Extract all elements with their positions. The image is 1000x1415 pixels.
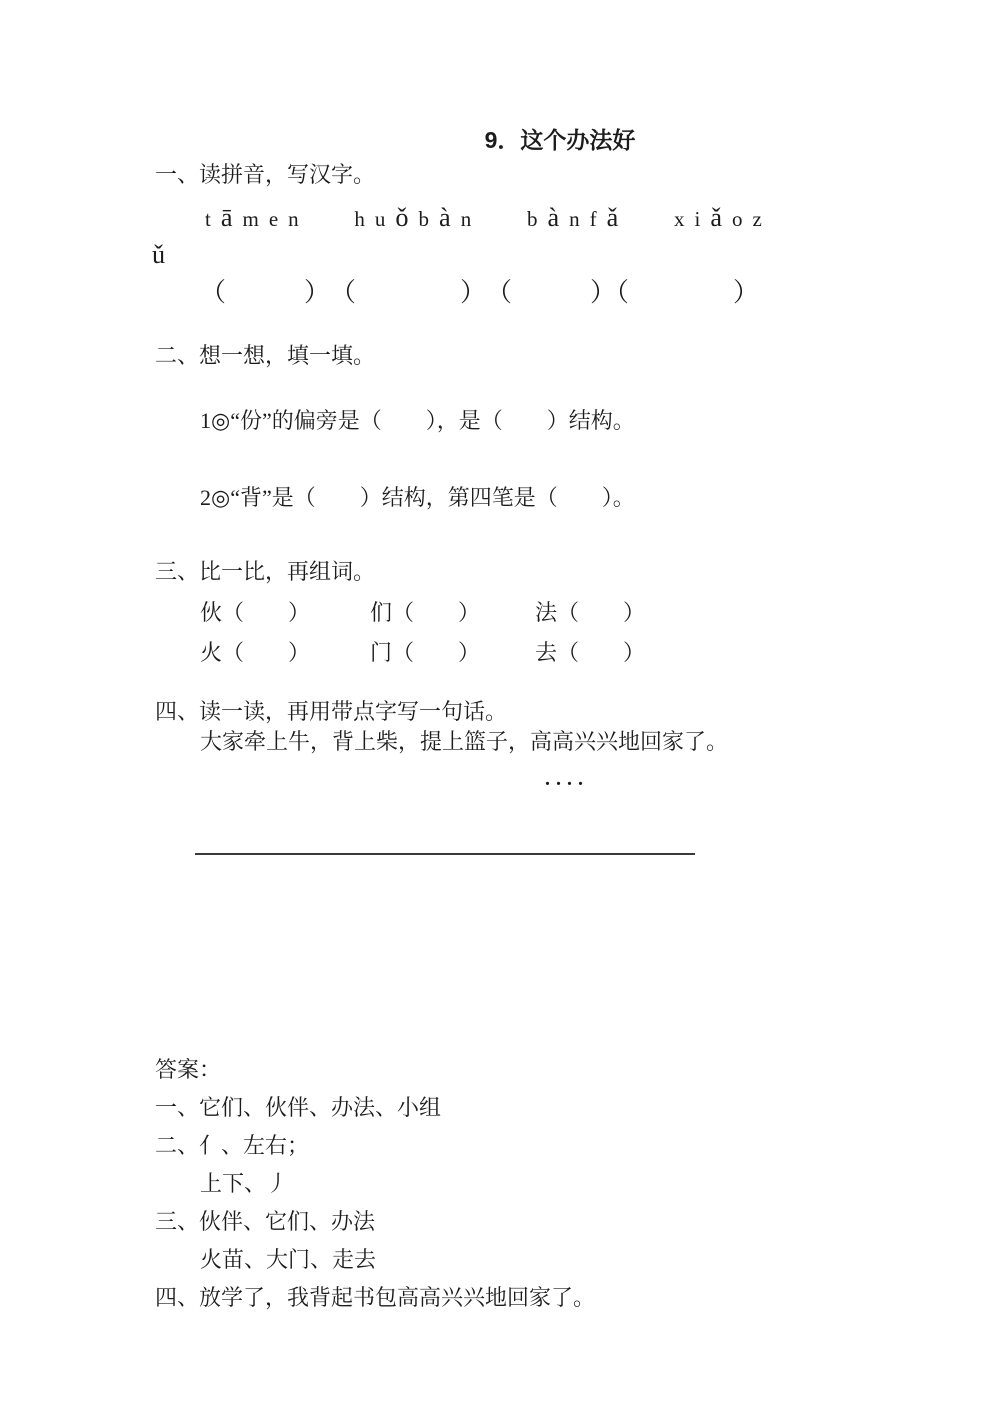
answer-line-2b: 上下、丿	[200, 1165, 940, 1203]
pinyin-line-2: ǔ	[152, 237, 940, 274]
section-3-heading: 三、比一比，再组词。	[155, 557, 940, 587]
word-compare-cell: 去（ ）	[535, 633, 940, 673]
example-sentence: 大家牵上牛，背上柴，提上篮子，高高兴兴地回家了。	[200, 727, 940, 757]
word-compare-cell: 们（ ）	[370, 593, 535, 633]
pinyin-line-1: tāmen huǒbàn bànfǎ xiǎoz	[205, 200, 940, 237]
answer-line-3: 三、伙伴、它们、办法	[155, 1203, 940, 1241]
emphasis-dots: ....	[545, 769, 940, 789]
answer-line-4: 四、放学了，我背起书包高高兴兴地回家了。	[155, 1279, 940, 1317]
word-compare-cell: 门（ ）	[370, 633, 535, 673]
word-compare-cell: 伙（ ）	[200, 593, 370, 633]
question-2-2: 2◎“背”是（ ）结构，第四笔是（ ）。	[200, 483, 940, 513]
section-1-heading: 一、读拼音，写汉字。	[155, 160, 940, 190]
answer-line-3b: 火苗、大门、走去	[200, 1241, 940, 1279]
worksheet-page: 9．这个办法好 一、读拼音，写汉字。 tāmen huǒbàn bànfǎ xi…	[0, 0, 1000, 1415]
answer-key: 答案： 一、它们、伙伴、办法、小组 二、亻、左右； 上下、丿 三、伙伴、它们、办…	[155, 1051, 940, 1317]
question-2-1: 1◎“份”的偏旁是（ ），是（ ）结构。	[200, 406, 940, 436]
section-4-heading: 四、读一读，再用带点字写一句话。	[155, 697, 940, 727]
pinyin-answer-blanks: （ ） （ ） （ ）（ ）	[200, 276, 940, 310]
answer-write-line	[195, 853, 695, 855]
page-title: 9．这个办法好	[60, 125, 1000, 155]
word-compare-cell: 法（ ）	[535, 593, 940, 633]
answers-label: 答案：	[155, 1051, 940, 1089]
answer-line-1: 一、它们、伙伴、办法、小组	[155, 1089, 940, 1127]
word-compare-cell: 火（ ）	[200, 633, 370, 673]
word-compare-grid: 伙（ ） 们（ ） 法（ ） 火（ ） 门（ ） 去（ ）	[200, 593, 940, 673]
section-2-heading: 二、想一想，填一填。	[155, 341, 940, 371]
answer-line-2: 二、亻、左右；	[155, 1127, 940, 1165]
